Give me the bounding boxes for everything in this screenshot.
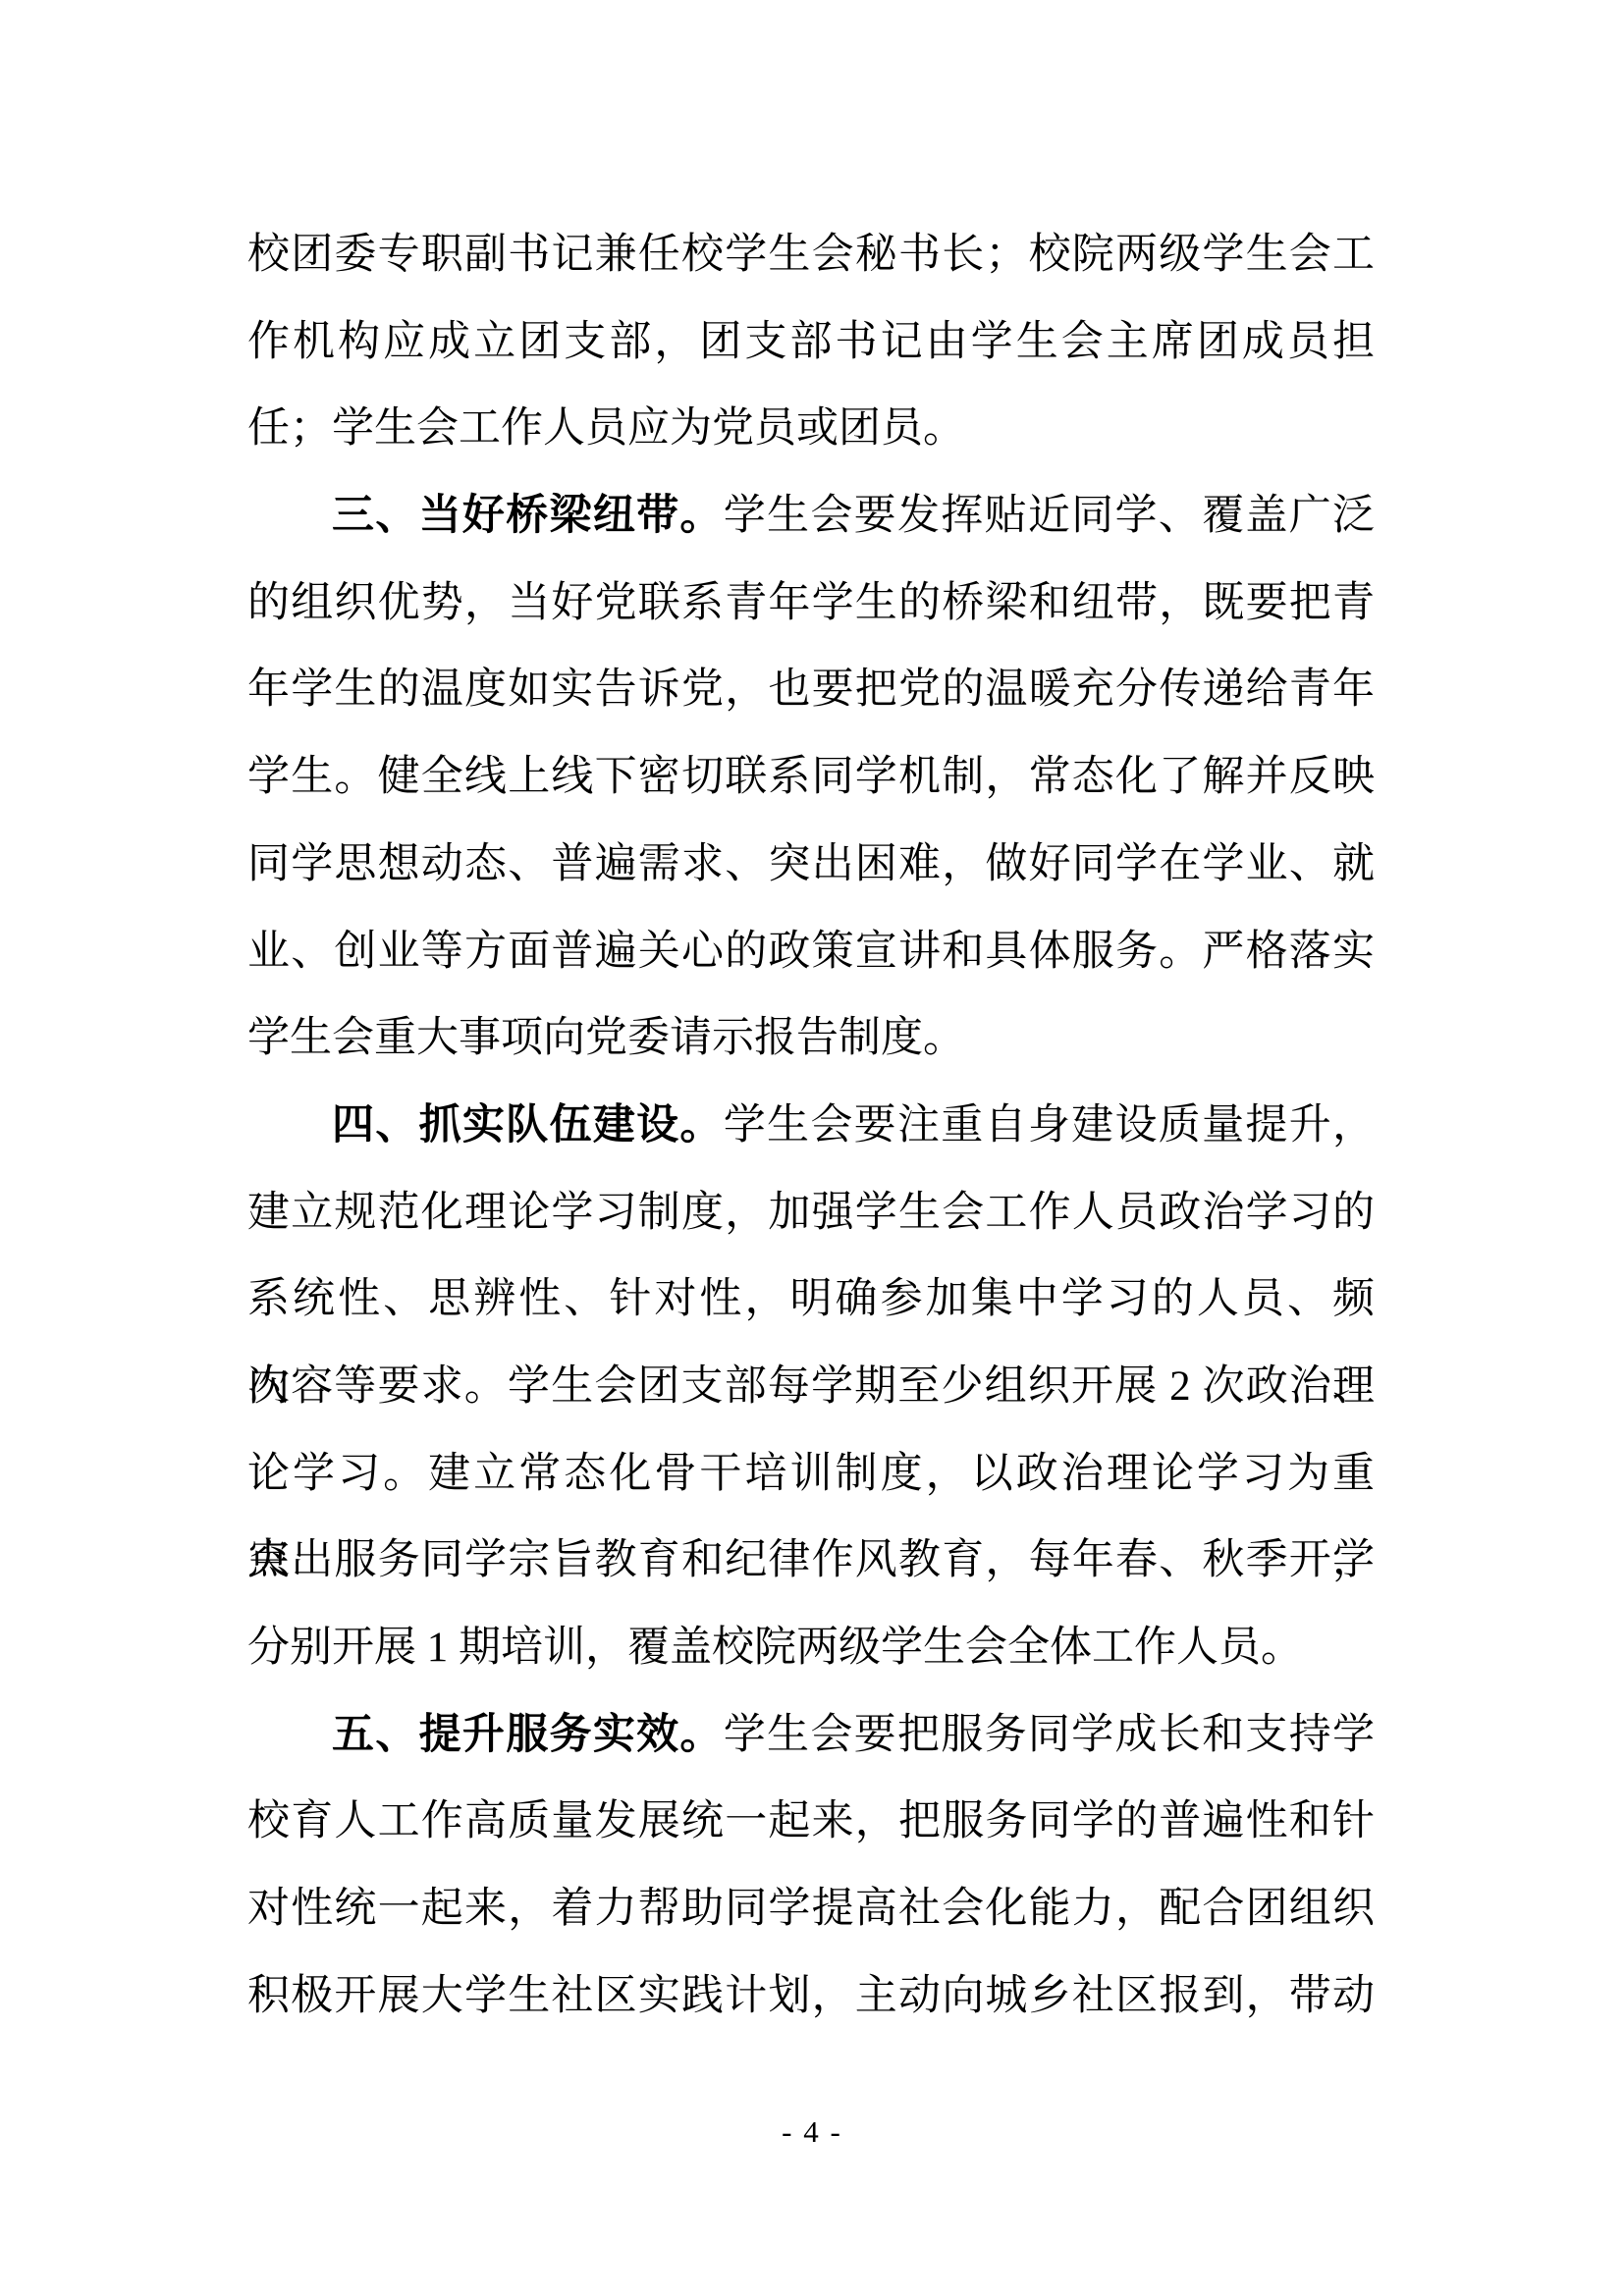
section-5-heading: 五、提升服务实效。 bbox=[332, 1712, 724, 1758]
body-text: 作机构应成立团支部，团支部书记由学生会主席团成员担 bbox=[247, 319, 1375, 365]
page-number: - 4 - bbox=[0, 2112, 1624, 2152]
body-text: 分别开展 1 期培训，覆盖校院两级学生会全体工作人员。 bbox=[247, 1625, 1303, 1671]
text-line: 校团委专职副书记兼任校学生会秘书长；校院两级学生会工 bbox=[247, 212, 1375, 299]
body-text: 学生。健全线上线下密切联系同学机制，常态化了解并反映 bbox=[247, 754, 1375, 800]
text-line: 学生会重大事项向党委请示报告制度。 bbox=[247, 995, 1375, 1083]
body-text: 学生会要注重自身建设质量提升， bbox=[724, 1102, 1375, 1148]
body-text: 任；学生会工作人员应为党员或团员。 bbox=[247, 405, 965, 452]
text-line: 业、创业等方面普遍关心的政策宣讲和具体服务。严格落实 bbox=[247, 909, 1375, 996]
text-line: 任；学生会工作人员应为党员或团员。 bbox=[247, 386, 1375, 473]
section-3-heading: 三、当好桥梁纽带。 bbox=[332, 493, 724, 539]
text-line: 内容等要求。学生会团支部每学期至少组织开展 2 次政治理 bbox=[247, 1344, 1375, 1431]
text-block: 校团委专职副书记兼任校学生会秘书长；校院两级学生会工 作机构应成立团支部，团支部… bbox=[247, 212, 1375, 2040]
text-line: 的组织优势，当好党联系青年学生的桥梁和纽带，既要把青 bbox=[247, 561, 1375, 648]
body-text: 的组织优势，当好党联系青年学生的桥梁和纽带，既要把青 bbox=[247, 580, 1375, 626]
body-text: 建立规范化理论学习制度，加强学生会工作人员政治学习的 bbox=[247, 1190, 1375, 1236]
body-text: 学生会重大事项向党委请示报告制度。 bbox=[247, 1015, 965, 1061]
body-text: 积极开展大学生社区实践计划，主动向城乡社区报到，带动 bbox=[247, 1973, 1375, 2019]
text-line: 分别开展 1 期培训，覆盖校院两级学生会全体工作人员。 bbox=[247, 1605, 1375, 1692]
text-line: 对性统一起来，着力帮助同学提高社会化能力，配合团组织 bbox=[247, 1866, 1375, 1953]
text-line: 校育人工作高质量发展统一起来，把服务同学的普遍性和针 bbox=[247, 1779, 1375, 1866]
body-text: 学生会要发挥贴近同学、覆盖广泛 bbox=[724, 493, 1375, 539]
document-page: 校团委专职副书记兼任校学生会秘书长；校院两级学生会工 作机构应成立团支部，团支部… bbox=[0, 0, 1624, 2296]
body-text: 校团委专职副书记兼任校学生会秘书长；校院两级学生会工 bbox=[247, 232, 1375, 278]
text-line: 论学习。建立常态化骨干培训制度，以政治理论学习为重点， bbox=[247, 1431, 1375, 1519]
body-text: 内容等要求。学生会团支部每学期至少组织开展 2 次政治理 bbox=[247, 1363, 1375, 1410]
text-line: 突出服务同学宗旨教育和纪律作风教育，每年春、秋季开学 bbox=[247, 1518, 1375, 1605]
text-line: 作机构应成立团支部，团支部书记由学生会主席团成员担 bbox=[247, 299, 1375, 387]
text-line: 同学思想动态、普遍需求、突出困难，做好同学在学业、就 bbox=[247, 822, 1375, 909]
body-text: 年学生的温度如实告诉党，也要把党的温暖充分传递给青年 bbox=[247, 667, 1375, 713]
text-line: 积极开展大学生社区实践计划，主动向城乡社区报到，带动 bbox=[247, 1953, 1375, 2041]
body-text: 校育人工作高质量发展统一起来，把服务同学的普遍性和针 bbox=[247, 1798, 1375, 1844]
body-text: 同学思想动态、普遍需求、突出困难，做好同学在学业、就 bbox=[247, 841, 1375, 887]
body-text: 业、创业等方面普遍关心的政策宣讲和具体服务。严格落实 bbox=[247, 929, 1375, 975]
text-line: 三、当好桥梁纽带。学生会要发挥贴近同学、覆盖广泛 bbox=[247, 473, 1375, 561]
text-line: 年学生的温度如实告诉党，也要把党的温暖充分传递给青年 bbox=[247, 647, 1375, 734]
text-line: 建立规范化理论学习制度，加强学生会工作人员政治学习的 bbox=[247, 1170, 1375, 1257]
text-line: 系统性、思辨性、针对性，明确参加集中学习的人员、频次、 bbox=[247, 1256, 1375, 1344]
body-text: 学生会要把服务同学成长和支持学 bbox=[724, 1712, 1375, 1758]
text-line: 学生。健全线上线下密切联系同学机制，常态化了解并反映 bbox=[247, 734, 1375, 822]
text-line: 四、抓实队伍建设。学生会要注重自身建设质量提升， bbox=[247, 1083, 1375, 1170]
body-text: 突出服务同学宗旨教育和纪律作风教育，每年春、秋季开学 bbox=[247, 1537, 1375, 1583]
text-line: 五、提升服务实效。学生会要把服务同学成长和支持学 bbox=[247, 1692, 1375, 1780]
body-text: 对性统一起来，着力帮助同学提高社会化能力，配合团组织 bbox=[247, 1886, 1375, 1932]
section-4-heading: 四、抓实队伍建设。 bbox=[332, 1102, 724, 1148]
